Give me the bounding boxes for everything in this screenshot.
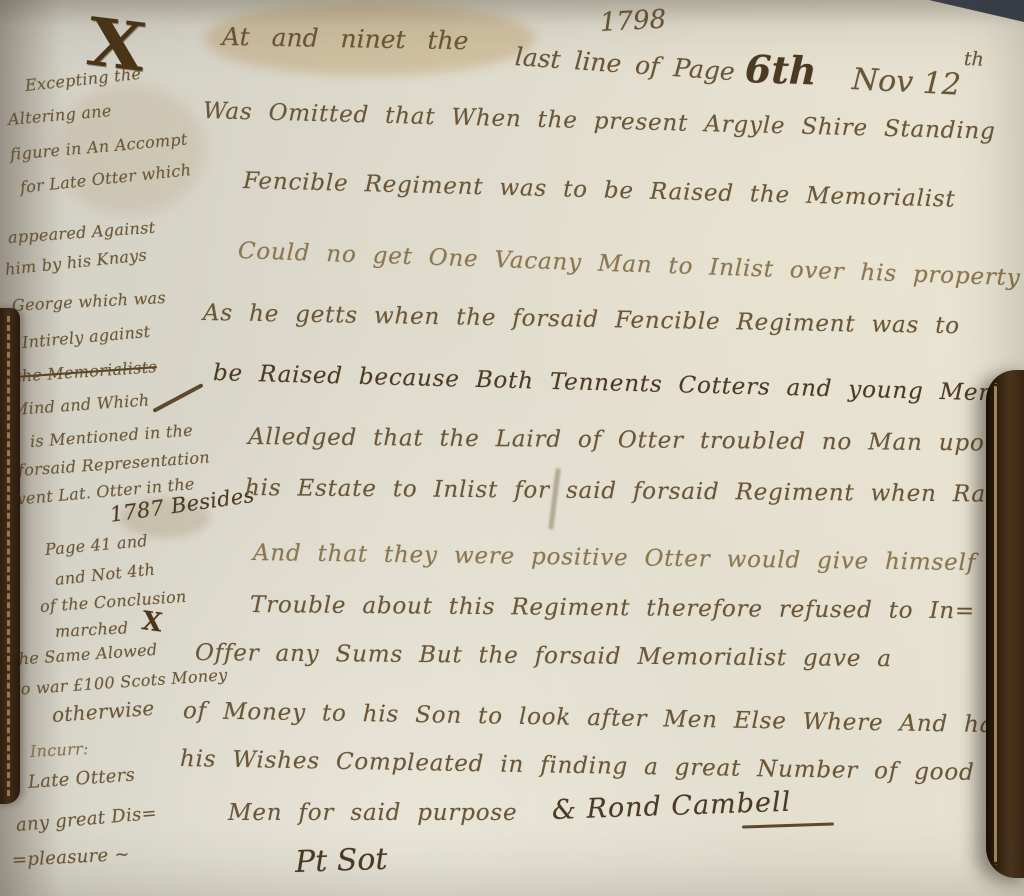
header-line-start: At and ninet the <box>222 22 469 55</box>
manuscript-line: Men for said purpose <box>228 800 517 826</box>
manuscript-photo: X 1798 At and ninet the last line of Pag… <box>0 0 1024 896</box>
year-note: 1798 <box>599 5 667 38</box>
table-background-corner <box>929 0 1024 22</box>
margin-x-mark: X <box>140 606 164 639</box>
header-date: Nov 12 <box>851 62 962 103</box>
margin-note: marched <box>55 618 129 641</box>
margin-note: Incurr: <box>30 739 90 761</box>
page-reference: 6th <box>744 46 817 93</box>
leather-strap-right <box>986 370 1024 878</box>
postscript: Pt Sot <box>294 842 388 880</box>
header-date-suffix: th <box>964 48 985 71</box>
stitching <box>994 383 997 865</box>
paper-edge-shadow-top <box>0 0 1024 26</box>
stitching <box>7 316 10 796</box>
leather-binding-left <box>0 308 20 804</box>
